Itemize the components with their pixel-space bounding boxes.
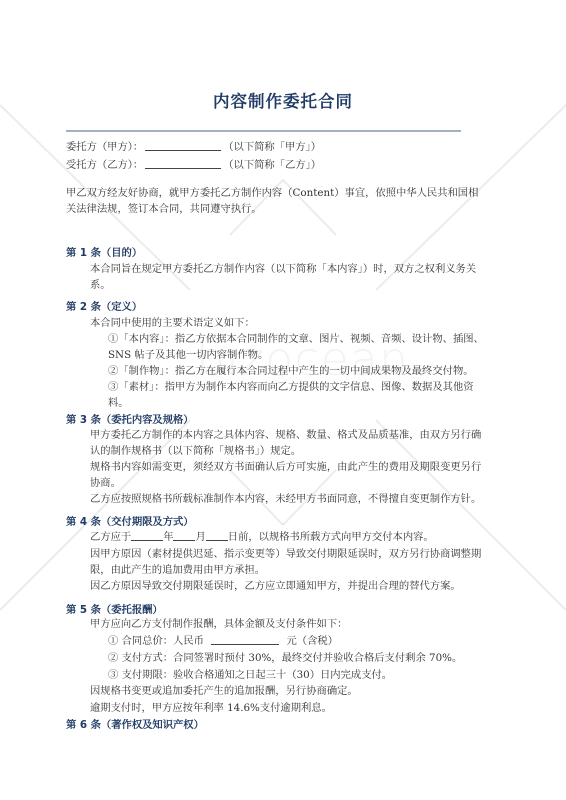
document-title: 内容制作委托合同 (0, 88, 566, 112)
article-3-para-2: 规格书内容如需变更，须经双方书面确认后方可实施，由此产生的费用及期限变更另行协商… (90, 460, 490, 491)
article-2-heading: 第 2 条（定义） (66, 298, 142, 313)
article-2-item-3: ③「素材」：指甲方为制作本内容而向乙方提供的文字信息、图像、数据及其他资料。 (108, 380, 493, 411)
total-price-suffix: 元（含税） (287, 635, 338, 647)
article-5-item-3: ③ 支付期限：验收合格通知之日起三十（30）日内完成支付。 (108, 668, 493, 684)
deadline-day-blank[interactable] (206, 530, 228, 541)
article-5-heading: 第 5 条（委托报酬） (66, 601, 163, 616)
article-3-para-3: 乙方应按照规格书所载标准制作本内容，未经甲方书面同意，不得擅自变更制作方针。 (90, 492, 490, 508)
total-price-label: ① 合同总价：人民币 (108, 635, 204, 647)
article-5-para-2: 因规格书变更或追加委托产生的追加报酬，另行协商确定。 (90, 684, 490, 700)
party-a-label: 委托方（甲方）： (66, 141, 143, 153)
deadline-year-label: 年 (163, 531, 173, 543)
article-4-deadline: 乙方应于年月日前，以规格书所载方式向甲方交付本内容。 (90, 530, 490, 546)
article-4-para-2: 因乙方原因导致交付期限延误时，乙方应立即通知甲方，并提出合理的替代方案。 (90, 579, 490, 595)
deadline-month-label: 月 (195, 531, 205, 543)
article-5-item-2: ② 支付方式：合同签署时预付 30%，最终交付并验收合格后支付剩余 70%。 (108, 651, 493, 667)
article-5-para-1: 甲方应向乙方支付制作报酬，具体金额及支付条件如下： (90, 617, 490, 633)
article-4-heading: 第 4 条（交付期限及方式） (66, 513, 194, 528)
intro-paragraph: 甲乙双方经友好协商，就甲方委托乙方制作内容（Content）事宜，依照中华人民共… (66, 185, 486, 217)
article-3-heading: 第 3 条（委托内容及规格） (66, 411, 194, 426)
article-5-para-3: 逾期支付时，甲方应按年利率 14.6%支付逾期利息。 (90, 701, 490, 717)
article-4-para-1: 因甲方原因（素材提供迟延、指示变更等）导致交付期限延误时，双方另行协商调整期限，… (90, 547, 490, 578)
article-1-para-1: 本合同旨在规定甲方委托乙方制作内容（以下简称「本内容」）时，双方之权利义务关系。 (90, 262, 490, 293)
article-1-heading: 第 1 条（目的） (66, 244, 142, 259)
party-b-note: （以下简称「乙方」） (223, 159, 321, 171)
deadline-suffix: 日前，以规格书所载方式向甲方交付本内容。 (228, 531, 434, 543)
deadline-month-blank[interactable] (173, 530, 195, 541)
party-b-line: 受托方（乙方）：（以下简称「乙方」） (66, 156, 321, 171)
title-divider (66, 130, 461, 132)
total-price-blank[interactable] (211, 634, 279, 645)
deadline-prefix: 乙方应于 (90, 531, 131, 543)
article-2-para-1: 本合同中使用的主要术语定义如下： (90, 316, 490, 332)
party-b-blank[interactable] (145, 158, 221, 169)
article-6-heading: 第 6 条（著作权及知识产权） (66, 716, 204, 731)
party-a-blank[interactable] (145, 140, 221, 151)
party-a-line: 委托方（甲方）：（以下简称「甲方」） (66, 138, 321, 153)
article-3-para-1: 甲方委托乙方制作的本内容之具体内容、规格、数量、格式及品质基准，由双方另行确认的… (90, 428, 490, 459)
party-a-note: （以下简称「甲方」） (223, 141, 321, 153)
article-5-item-1: ① 合同总价：人民币 元（含税） (108, 634, 493, 650)
article-2-item-1: ①「本内容」：指乙方依据本合同制作的文章、图片、视频、音频、设计物、插图、SNS… (108, 332, 493, 363)
article-2-item-2: ②「制作物」：指乙方在履行本合同过程中产生的一切中间成果物及最终交付物。 (108, 364, 493, 380)
deadline-year-blank[interactable] (131, 530, 163, 541)
party-b-label: 受托方（乙方）： (66, 159, 143, 171)
